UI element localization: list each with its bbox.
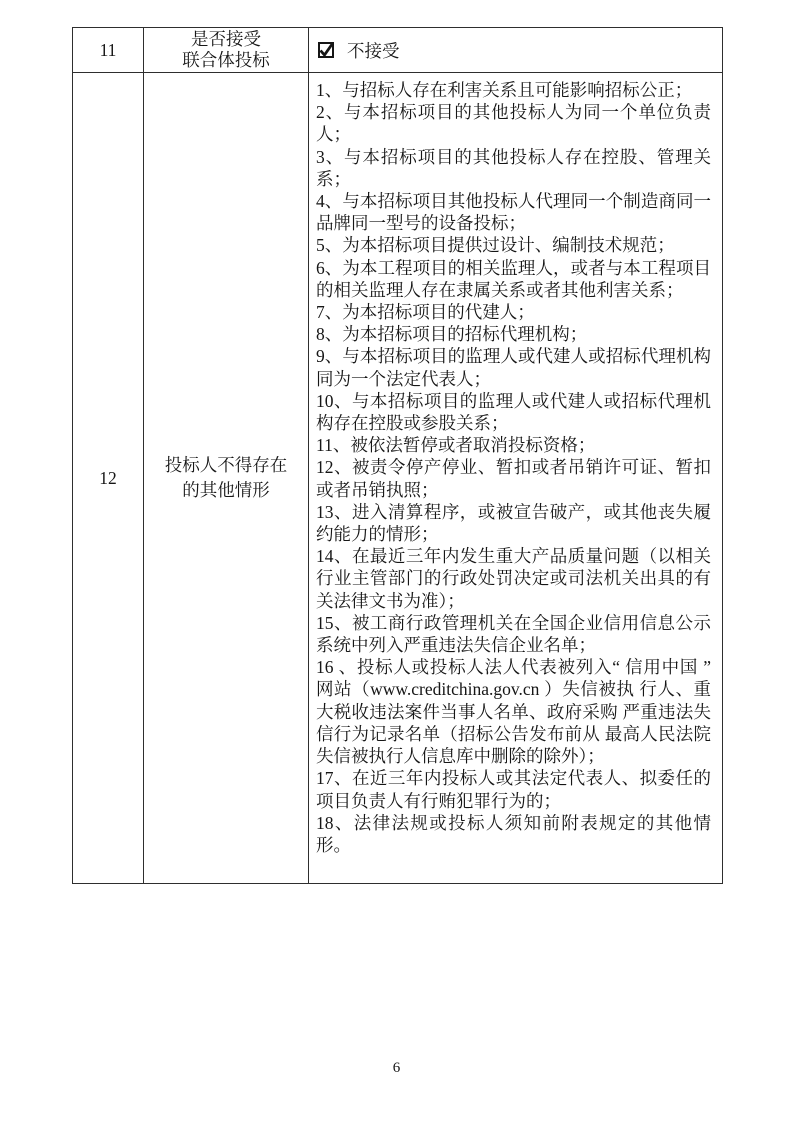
table-row: 12 投标人不得存在 的其他情形 1、与招标人存在利害关系且可能影响招标公正；2… [73,73,722,883]
prohibited-conditions-label: 投标人不得存在 的其他情形 [165,453,288,503]
document-page: 11 是否接受 联合体投标 不接受 12 投标人不得存在 的其他情形 [0,0,793,1122]
joint-venture-answer-cell: 不接受 [309,28,722,72]
row-number-cell: 12 [73,73,144,883]
joint-venture-label: 是否接受 联合体投标 [182,29,270,71]
list-item: 6、为本工程项目的相关监理人，或者与本工程项目的相关监理人存在隶属关系或者其他利… [316,257,711,301]
list-item: 14、在最近三年内发生重大产品质量问题（以相关行业主管部门的行政处罚决定或司法机… [316,545,711,612]
row-label-cell: 是否接受 联合体投标 [144,28,309,72]
row-number: 11 [100,40,117,61]
checked-checkbox-icon [318,42,334,58]
list-item: 17、在近三年内投标人或其法定代表人、拟委任的项目负责人有行贿犯罪行为的； [316,767,711,811]
list-item: 12、被责令停产停业、暂扣或者吊销许可证、暂扣或者吊销执照； [316,456,711,500]
list-item: 16 、投标人或投标人法人代表被列入“ 信用中国 ” 网站（www.credit… [316,656,711,767]
prohibited-conditions-list: 1、与招标人存在利害关系且可能影响招标公正；2、与本招标项目的其他投标人为同一个… [309,73,722,883]
page-footer: 6 [0,1060,793,1077]
list-item: 7、为本招标项目的代建人； [316,301,711,323]
list-item: 1、与招标人存在利害关系且可能影响招标公正； [316,79,711,101]
list-item: 11、被依法暂停或者取消投标资格； [316,434,711,456]
list-item: 3、与本招标项目的其他投标人存在控股、管理关系； [316,146,711,190]
row-number: 12 [99,468,117,489]
list-item: 18、法律法规或投标人须知前附表规定的其他情形。 [316,812,711,856]
list-item: 13、进入清算程序，或被宣告破产，或其他丧失履约能力的情形； [316,501,711,545]
list-item: 8、为本招标项目的招标代理机构； [316,323,711,345]
list-item: 4、与本招标项目其他投标人代理同一个制造商同一品牌同一型号的设备投标； [316,190,711,234]
page-number: 6 [393,1060,401,1076]
list-item: 9、与本招标项目的监理人或代建人或招标代理机构同为一个法定代表人； [316,345,711,389]
list-item: 10、与本招标项目的监理人或代建人或招标代理机构存在控股或参股关系； [316,390,711,434]
list-item: 5、为本招标项目提供过设计、编制技术规范； [316,234,711,256]
bidder-instructions-table: 11 是否接受 联合体投标 不接受 12 投标人不得存在 的其他情形 [72,27,723,884]
row-number-cell: 11 [73,28,144,72]
table-row: 11 是否接受 联合体投标 不接受 [73,28,722,73]
row-label-cell: 投标人不得存在 的其他情形 [144,73,309,883]
list-item: 2、与本招标项目的其他投标人为同一个单位负责人； [316,101,711,145]
checkbox-label: 不接受 [347,38,400,63]
list-item: 15、被工商行政管理机关在全国企业信用信息公示系统中列入严重违法失信企业名单； [316,612,711,656]
